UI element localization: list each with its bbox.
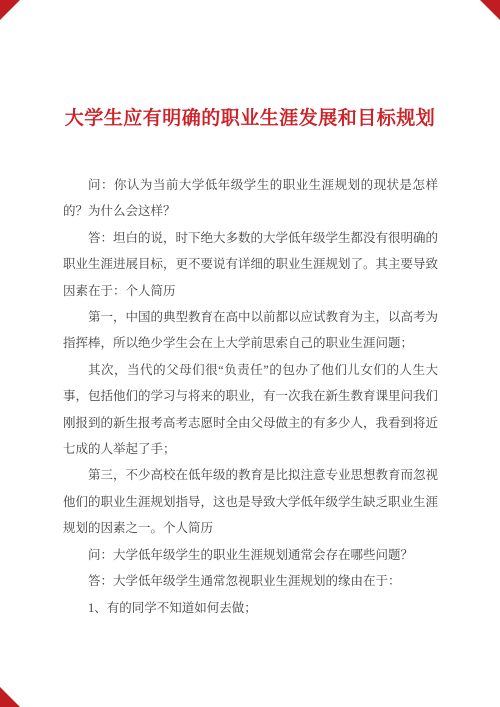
paragraph: 其次，当代的父母们很“负责任”的包办了他们儿女们的人生大事，包括他们的学习与将来… bbox=[63, 357, 438, 463]
paragraph: 答：坦白的说，时下绝大多数的大学低年级学生都没有很明确的职业生涯进展目标，更不要… bbox=[63, 225, 438, 304]
paragraph: 1、有的同学不知道如何去做； bbox=[63, 595, 438, 621]
corner-fold-top-right-icon bbox=[480, 0, 500, 20]
paragraph: 问：大学低年级学生的职业生涯规划通常会存在哪些问题？ bbox=[63, 542, 438, 568]
paragraph: 第一，中国的典型教育在高中以前都以应试教育为主，以高考为指挥棒，所以绝少学生会在… bbox=[63, 304, 438, 357]
corner-fold-top-left-icon bbox=[0, 0, 20, 20]
document-body: 问：你认为当前大学低年级学生的职业生涯规划的现状是怎样的？为什么会这样？答：坦白… bbox=[63, 172, 438, 621]
document-title: 大学生应有明确的职业生涯发展和目标规划 bbox=[40, 103, 460, 130]
paragraph: 第三，不少高校在低年级的教育是比拟注意专业思想教育而忽视他们的职业生涯规划指导，… bbox=[63, 462, 438, 541]
paragraph: 问：你认为当前大学低年级学生的职业生涯规划的现状是怎样的？为什么会这样？ bbox=[63, 172, 438, 225]
document-page: 大学生应有明确的职业生涯发展和目标规划 问：你认为当前大学低年级学生的职业生涯规… bbox=[0, 0, 500, 707]
corner-fold-bottom-left-icon bbox=[0, 687, 20, 707]
paragraph: 答：大学低年级学生通常忽视职业生涯规划的缘由在于： bbox=[63, 568, 438, 594]
